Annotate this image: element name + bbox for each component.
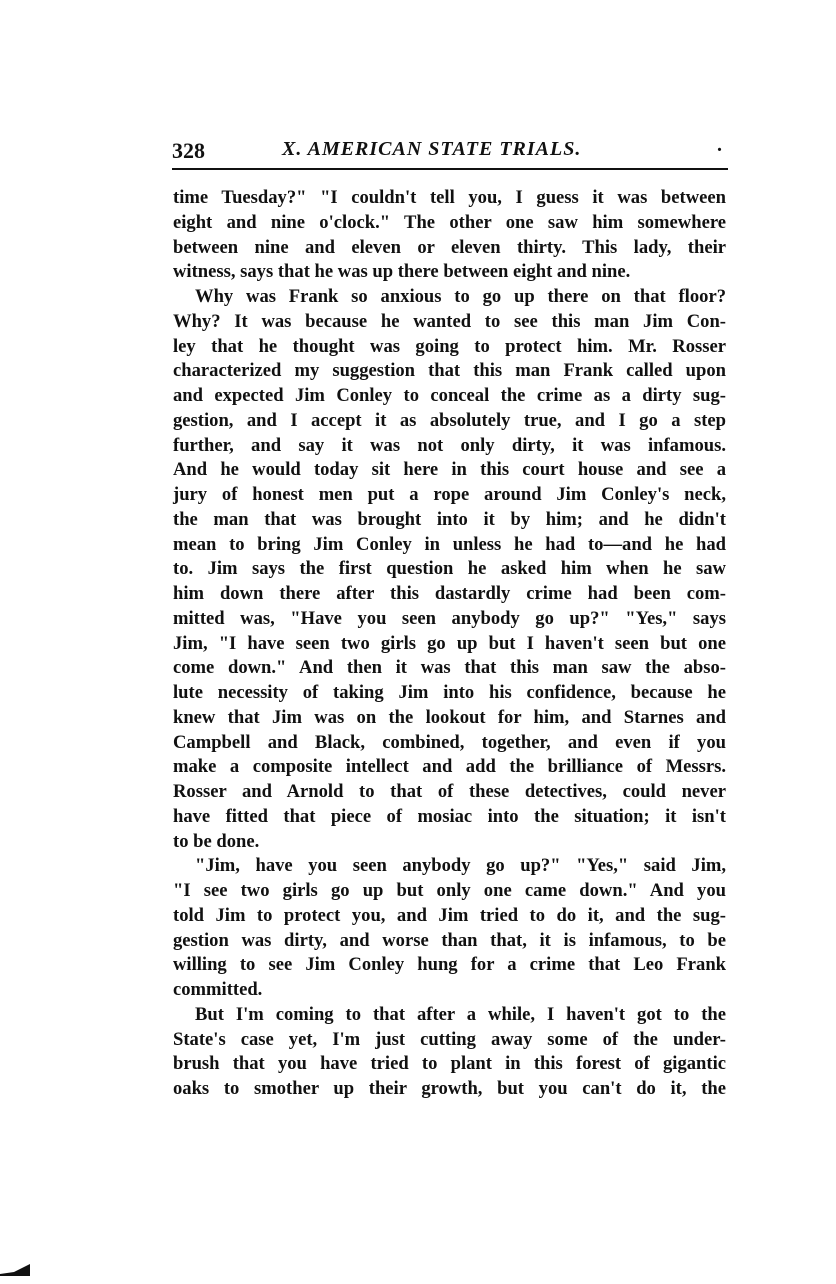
text-line: Campbell and Black, combined, together, …	[173, 731, 726, 756]
text-line: mitted was, "Have you seen anybody go up…	[173, 607, 726, 632]
text-line: ley that he thought was going to protect…	[173, 335, 726, 360]
text-line: But I'm coming to that after a while, I …	[173, 1003, 726, 1028]
book-page: 328 X. AMERICAN STATE TRIALS. . time Tue…	[0, 0, 836, 1284]
page-header: 328 X. AMERICAN STATE TRIALS. .	[172, 134, 728, 164]
text-line: eight and nine o'clock." The other one s…	[173, 211, 726, 236]
text-line: gestion, and I accept it as absolutely t…	[173, 409, 726, 434]
text-line: time Tuesday?" "I couldn't tell you, I g…	[173, 186, 726, 211]
text-line: make a composite intellect and add the b…	[173, 755, 726, 780]
text-line: willing to see Jim Conley hung for a cri…	[173, 953, 726, 978]
text-line: and expected Jim Conley to conceal the c…	[173, 384, 726, 409]
text-line: jury of honest men put a rope around Jim…	[173, 483, 726, 508]
running-title: X. AMERICAN STATE TRIALS.	[282, 138, 581, 161]
header-mark: .	[717, 134, 722, 157]
text-line: come down." And then it was that this ma…	[173, 656, 726, 681]
text-line: further, and say it was not only dirty, …	[173, 434, 726, 459]
text-line: him down there after this dastardly crim…	[173, 582, 726, 607]
text-line: to be done.	[173, 830, 726, 855]
text-line: gestion was dirty, and worse than that, …	[173, 929, 726, 954]
text-line: to. Jim says the first question he asked…	[173, 557, 726, 582]
text-line: mean to bring Jim Conley in unless he ha…	[173, 533, 726, 558]
text-line: brush that you have tried to plant in th…	[173, 1052, 726, 1077]
text-line: lute necessity of taking Jim into his co…	[173, 681, 726, 706]
text-line: told Jim to protect you, and Jim tried t…	[173, 904, 726, 929]
scan-artifact-mark	[0, 1264, 34, 1276]
text-line: have fitted that piece of mosiac into th…	[173, 805, 726, 830]
text-line: "Jim, have you seen anybody go up?" "Yes…	[173, 854, 726, 879]
text-line: Rosser and Arnold to that of these detec…	[173, 780, 726, 805]
text-line: committed.	[173, 978, 726, 1003]
text-line: oaks to smother up their growth, but you…	[173, 1077, 726, 1102]
page-number: 328	[172, 138, 205, 164]
text-line: And he would today sit here in this cour…	[173, 458, 726, 483]
text-line: witness, says that he was up there betwe…	[173, 260, 726, 285]
text-line: Why? It was because he wanted to see thi…	[173, 310, 726, 335]
text-line: Jim, "I have seen two girls go up but I …	[173, 632, 726, 657]
body-text: time Tuesday?" "I couldn't tell you, I g…	[173, 186, 726, 1102]
text-line: between nine and eleven or eleven thirty…	[173, 236, 726, 261]
text-line: State's case yet, I'm just cutting away …	[173, 1028, 726, 1053]
header-rule	[172, 168, 728, 170]
text-line: the man that was brought into it by him;…	[173, 508, 726, 533]
text-line: Why was Frank so anxious to go up there …	[173, 285, 726, 310]
text-line: knew that Jim was on the lookout for him…	[173, 706, 726, 731]
text-line: characterized my suggestion that this ma…	[173, 359, 726, 384]
text-line: "I see two girls go up but only one came…	[173, 879, 726, 904]
